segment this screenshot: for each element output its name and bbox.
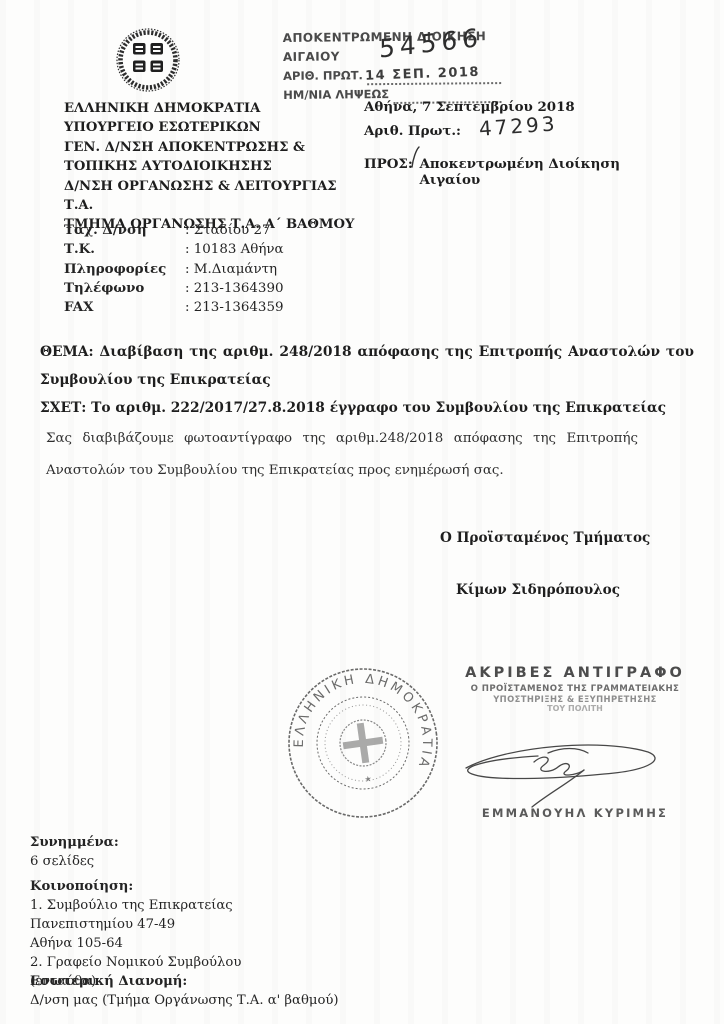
- certified-copy-stamp: ΑΚΡΙΒΕΣ ΑΝΤΙΓΡΑΦΟ Ο ΠΡΟΪΣΤΑΜΕΝΟΣ ΤΗΣ ΓΡΑ…: [448, 665, 702, 713]
- subject-text: Διαβίβαση της αριθμ. 248/2018 απόφασης τ…: [40, 344, 694, 388]
- copy-stamp-signer-name: ΕΜΜΑΝΟΥΗΛ ΚΥΡΙΜΗΣ: [448, 806, 702, 820]
- recipient-line: Αιγαίου: [419, 172, 620, 188]
- handwritten-protocol-number: 47293: [478, 111, 558, 140]
- sender-letterhead: ΕΛΛΗΝΙΚΗ ΔΗΜΟΚΡΑΤΙΑ ΥΠΟΥΡΓΕΙΟ ΕΣΩΤΕΡΙΚΩΝ…: [64, 99, 366, 235]
- reference-label: ΣΧΕΤ:: [40, 400, 86, 416]
- signatory-name: Κίμων Σιδηρόπουλος: [456, 582, 620, 598]
- subject-block: ΘΕΜΑ: Διαβίβαση της αριθμ. 248/2018 απόφ…: [40, 338, 694, 422]
- recipient-line: Αποκεντρωμένη Διοίκηση: [419, 156, 620, 172]
- copy-stamp-line: ΤΟΥ ΠΟΛΙΤΗ: [448, 704, 702, 713]
- sender-line: ΓΕΝ. Δ/ΝΣΗ ΑΠΟΚΕΝΤΡΩΣΗΣ & ΤΟΠΙΚΗΣ ΑΥΤΟΔΙ…: [64, 138, 366, 177]
- contact-value: : Σταδίου 27: [185, 221, 271, 240]
- signatory-title: Ο Προϊσταμένος Τμήματος: [440, 530, 650, 546]
- registry-protocol-label: ΑΡΙΘ. ΠΡΩΤ.: [283, 66, 363, 86]
- round-seal-stamp: ΕΛΛΗΝΙΚΗ ΔΗΜΟΚΡΑΤΙΑ ★: [270, 647, 456, 838]
- internal-distribution-block: Εσωτερική Διανομή: Δ/νση μας (Τμήμα Οργά…: [30, 972, 339, 1010]
- sender-line: ΥΠΟΥΡΓΕΙΟ ΕΣΩΤΕΡΙΚΩΝ: [64, 118, 366, 137]
- cc-line: 2. Γραφείο Νομικού Συμβούλου: [30, 953, 241, 972]
- contact-value: : 213-1364390: [185, 279, 284, 298]
- copy-stamp-line: ΥΠΟΣΤΗΡΙΞΗΣ & ΕΞΥΠΗΡΕΤΗΣΗΣ: [448, 694, 702, 704]
- copy-stamp-line: Ο ΠΡΟΪΣΤΑΜΕΝΟΣ ΤΗΣ ΓΡΑΜΜΑΤΕΙΑΚΗΣ: [448, 684, 702, 694]
- copy-stamp-title: ΑΚΡΙΒΕΣ ΑΝΤΙΓΡΑΦΟ: [448, 665, 702, 681]
- contact-label: Πληροφορίες: [64, 260, 185, 279]
- contact-label: Τ.Κ.: [64, 240, 185, 259]
- handwritten-tick-icon: [408, 146, 420, 168]
- registry-stamp: ΑΠΟΚΕΝΤΡΩΜΕΝΗ ΔΙΟΙΚΗΣΗ ΑΙΓΑΙΟΥ ΑΡΙΘ. ΠΡΩ…: [283, 27, 502, 105]
- contact-label: Τηλέφωνο: [64, 279, 185, 298]
- to-label: ΠΡΟΣ:: [364, 156, 413, 172]
- contact-value: : 10183 Αθήνα: [185, 240, 284, 259]
- cc-heading: Κοινοποίηση:: [30, 877, 241, 896]
- attachments-heading: Συνημμένα:: [30, 833, 119, 852]
- attachments-block: Συνημμένα: 6 σελίδες: [30, 833, 119, 871]
- reference-text: Το αριθμ. 222/2017/27.8.2018 έγγραφο του…: [91, 400, 666, 416]
- scanned-letter-page: ΑΠΟΚΕΝΤΡΩΜΕΝΗ ΔΙΟΙΚΗΣΗ ΑΙΓΑΙΟΥ ΑΡΙΘ. ΠΡΩ…: [0, 0, 724, 1024]
- contact-value: : Μ.Διαμάντη: [185, 260, 277, 279]
- contact-value: : 213-1364359: [185, 298, 284, 317]
- sender-line: Δ/ΝΣΗ ΟΡΓΑΝΩΣΗΣ & ΛΕΙΤΟΥΡΓΙΑΣ Τ.Α.: [64, 177, 366, 216]
- greek-coat-of-arms-icon: [114, 26, 182, 94]
- date-protocol-block: Αθήνα, 7 Σεπτεμβρίου 2018 Αριθ. Πρωτ.:47…: [364, 99, 694, 188]
- contact-details: Ταχ. Δ/νση: Σταδίου 27 Τ.Κ.: 10183 Αθήνα…: [64, 221, 284, 317]
- internal-line: Δ/νση μας (Τμήμα Οργάνωσης Τ.Α. α' βαθμο…: [30, 991, 339, 1010]
- internal-heading: Εσωτερική Διανομή:: [30, 972, 339, 991]
- signature-scribble: [452, 718, 672, 810]
- seal-star-icon: ★: [364, 774, 372, 784]
- cc-line: Πανεπιστημίου 47-49: [30, 915, 241, 934]
- contact-label: FAX: [64, 298, 185, 317]
- contact-label: Ταχ. Δ/νση: [64, 221, 185, 240]
- recipient-block: ΠΡΟΣ: Αποκεντρωμένη Διοίκηση Αιγαίου: [364, 156, 694, 188]
- attachments-value: 6 σελίδες: [30, 852, 119, 871]
- cc-line: 1. Συμβούλιο της Επικρατείας: [30, 896, 241, 915]
- received-date-stamp: 14 ΣΕΠ. 2018: [365, 63, 480, 86]
- subject-label: ΘΕΜΑ:: [40, 344, 94, 360]
- protocol-label: Αριθ. Πρωτ.:: [364, 123, 461, 139]
- letter-body: Σας διαβιβάζουμε φωτοαντίγραφο της αριθμ…: [46, 423, 638, 487]
- sender-line: ΕΛΛΗΝΙΚΗ ΔΗΜΟΚΡΑΤΙΑ: [64, 99, 366, 118]
- cc-line: Αθήνα 105-64: [30, 934, 241, 953]
